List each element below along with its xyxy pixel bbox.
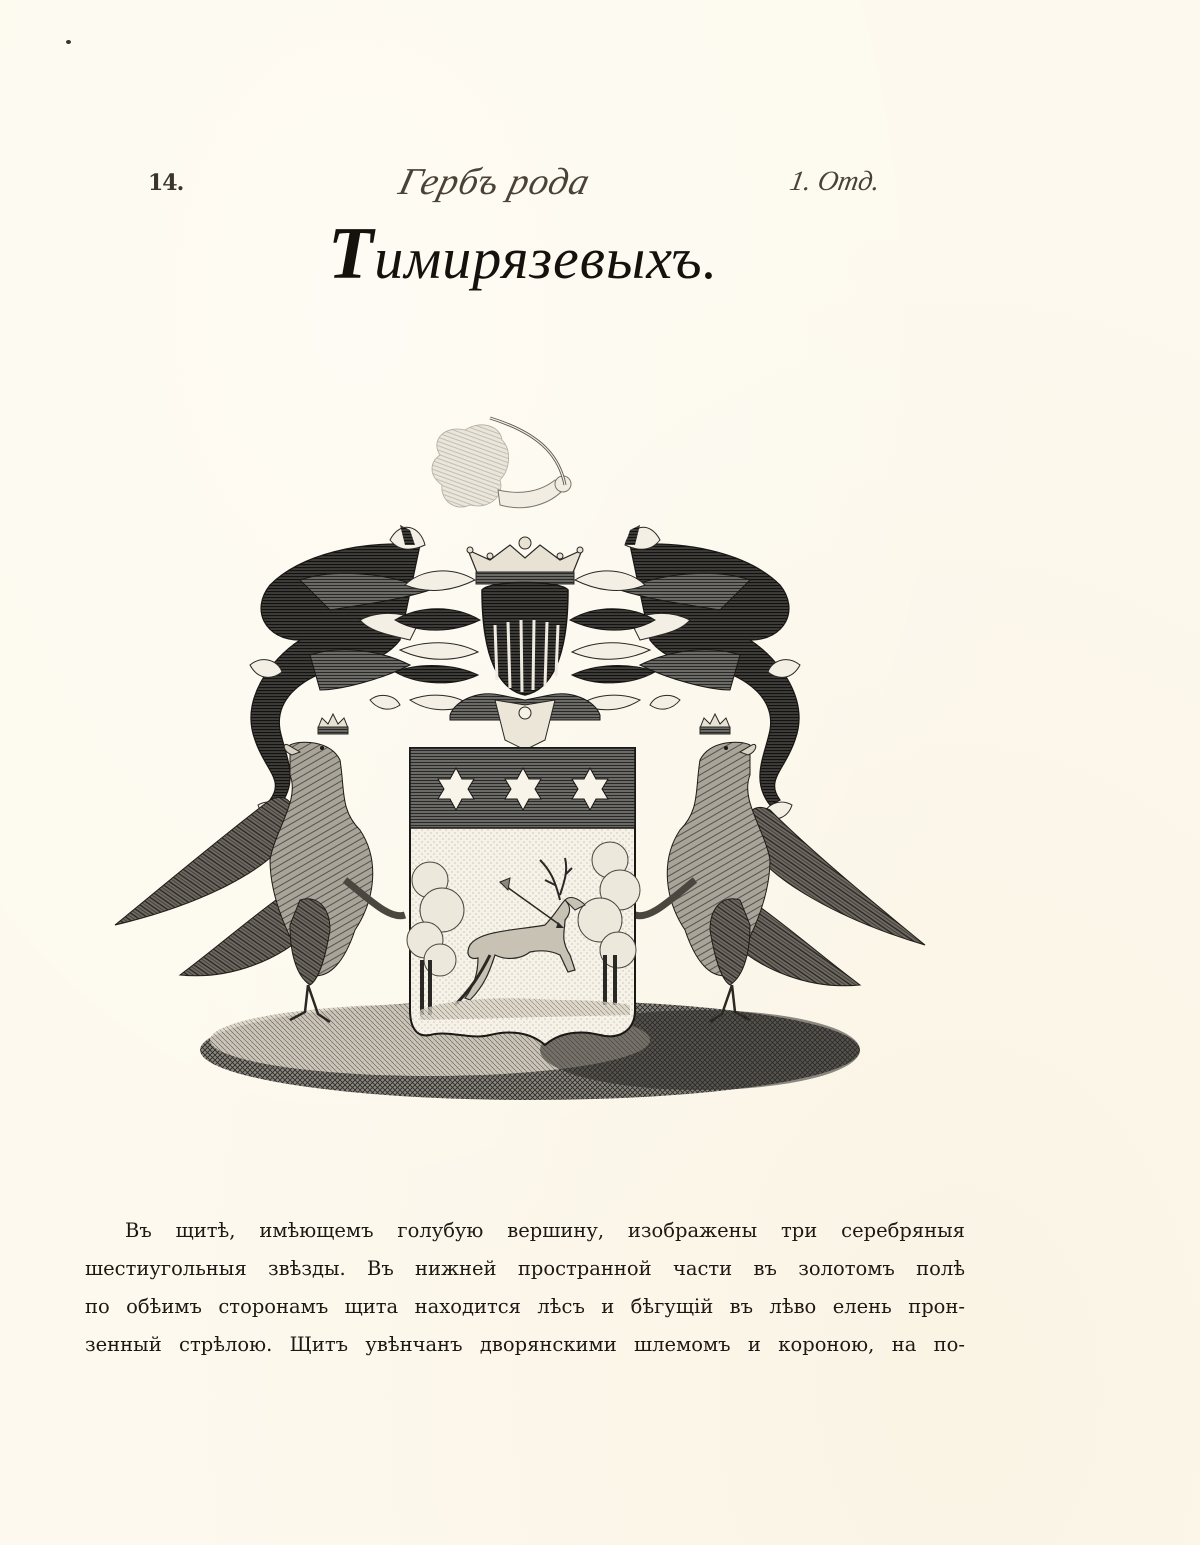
plate-number: 14.	[148, 170, 183, 196]
coat-of-arms-illustration	[100, 400, 950, 1100]
family-name-title: Тимирязевыхъ.	[328, 212, 718, 297]
helmet-crown	[467, 537, 583, 584]
family-name-rest: имирязевыхъ.	[374, 226, 718, 291]
description-line: шестиугольныя звѣзды. Въ нижней простран…	[85, 1250, 965, 1288]
eagle-supporter-left	[115, 714, 405, 1022]
family-name-initial: Т	[328, 213, 374, 295]
header-subtitle: Гербъ рода	[395, 160, 595, 204]
description-line: зенный стрѣлою. Щитъ увѣнчанъ дворянским…	[85, 1326, 965, 1364]
document-page: 14. Гербъ рода 1. Отд. Тимирязевыхъ.	[0, 0, 1200, 1545]
paper-speck	[66, 40, 71, 44]
blazon-description: Въ щитѣ, имѣющемъ голубую вершину, изобр…	[125, 1212, 965, 1364]
barred-helmet	[450, 583, 600, 751]
crest-arm-with-sabre	[432, 418, 571, 508]
description-line: по обѣимъ сторонамъ щита находится лѣсъ …	[85, 1288, 965, 1326]
shield	[407, 748, 640, 1045]
section-label: 1. Отд.	[787, 166, 882, 198]
description-line: Въ щитѣ, имѣющемъ голубую вершину, изобр…	[125, 1212, 965, 1250]
